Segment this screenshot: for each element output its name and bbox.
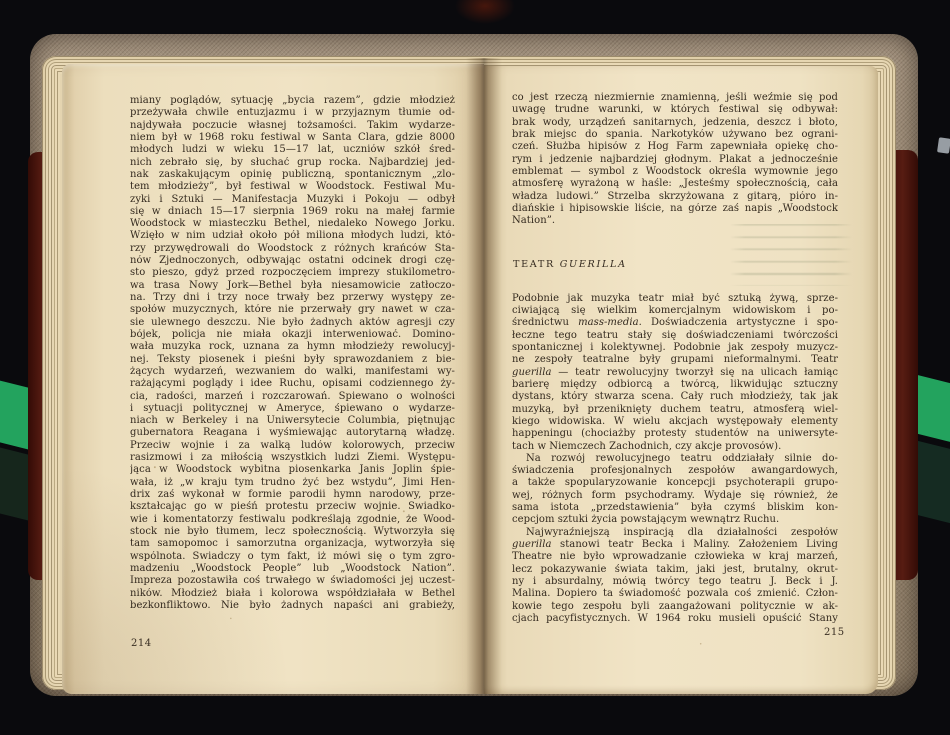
text-line: kiego widowiska. W wielu akcjach występo…: [512, 416, 838, 428]
background-grey-mark: [937, 137, 950, 154]
text-line: społów muzycznych, które nie przerwały g…: [130, 304, 455, 316]
text-line: barierę między odbiorcą a twórcą, likwid…: [512, 379, 838, 391]
text-line: Nation”.: [512, 215, 838, 227]
text-line: co jest rzeczą niezmiernie znamienną, je…: [512, 92, 838, 104]
background-red-glow: [455, 0, 515, 24]
paragraph: Najwyraźniejszą inspiracją dla działalno…: [512, 527, 838, 626]
text-line: najdywała poczucie własnej tożsamości. T…: [130, 120, 455, 132]
text-line: cepcjom sztuki życia powstającym wewnątr…: [512, 514, 838, 526]
text-line: niem był w 1968 roku festiwal w Santa Cl…: [130, 132, 455, 144]
text-line: gubernatora Reagana i wyśmiewając autory…: [130, 427, 455, 439]
text-line: cjach pacyfistycznych. W 1964 roku musie…: [512, 613, 838, 625]
text-line: żących wydarzeń, wezwaniem do walki, man…: [130, 366, 455, 378]
text-line: nej. Teksty piosenek i pieśni były spraw…: [130, 354, 455, 366]
text-line: niach w Berkeley i na Uniwersytecie Colu…: [130, 415, 455, 427]
text-line: cia, radości, marzeń i rozczarowań. Śpie…: [130, 391, 455, 403]
text-line: nich zebrało się, by słuchać grup rocka.…: [130, 157, 455, 169]
text-line: kowie tego zespołu byli zaangażowani pol…: [512, 601, 838, 613]
paragraph: co jest rzeczą niezmiernie znamienną, je…: [512, 92, 838, 227]
text-line: młodych ludzi w wieku 15—17 lat, uczniów…: [130, 144, 455, 156]
text-line: ników. Młodzież biała i kolorowa współdz…: [130, 588, 455, 600]
text-line: Najwyraźniejszą inspiracją dla działalno…: [512, 527, 838, 539]
text-line: średnictwu mass-media. Doświadczenia art…: [512, 317, 838, 329]
text-line: madzeniu „Woodstock People” lub „Woodsto…: [130, 563, 455, 575]
text-line: wa trasa Nowy Jork—Bethel była niesamowi…: [130, 280, 455, 292]
text-line: wała, iż „w kraju tym trudno żyć bez wst…: [130, 477, 455, 489]
text-line: spontanicznej i kolektywnej. Podobnie ja…: [512, 342, 838, 354]
text-line: dystans, który stwarza scena. Cały ruch …: [512, 391, 838, 403]
right-page-text: co jest rzeczą niezmiernie znamienną, je…: [512, 92, 838, 625]
text-line: drix zaś wykonał w formie parodii hymn n…: [130, 489, 455, 501]
text-line: a także spopularyzowanie koncepcji psych…: [512, 477, 838, 489]
text-line: Przeciw wojnie i za walką ludów kolorowy…: [130, 440, 455, 452]
text-line: rażającymi poglądy i idee Ruchu, opisami…: [130, 378, 455, 390]
text-line: Podobnie jak muzyka teatr miał być sztuk…: [512, 293, 838, 305]
text-line: i sytuacji politycznej w Ameryce, śpiewa…: [130, 403, 455, 415]
text-line: Woodstock w miasteczku Bethel, niedaleko…: [130, 218, 455, 230]
paragraph: Na rozwój rewolucyjnego teatru oddziałał…: [512, 453, 838, 527]
text-line: kształcając go w pieśń protestu przeciw …: [130, 501, 455, 513]
section-heading: TEATR GUERILLA: [513, 259, 838, 271]
text-line: Malina. Dopiero ta świadomość pozwala co…: [512, 588, 838, 600]
text-line: rym i jedzenie najbardziej głodnym. Plak…: [512, 154, 838, 166]
text-line: Na rozwój rewolucyjnego teatru oddziałał…: [512, 453, 838, 465]
text-line: jąca w Woodstock wybitna piosenkarka Jan…: [130, 464, 455, 476]
text-line: zyki i Sztuki — Manifestacja Muzyki i Po…: [130, 194, 455, 206]
text-line: wie i komentatorzy festiwalu podkreślają…: [130, 514, 455, 526]
text-line: lecz pokazywanie świata takim, jaki jest…: [512, 564, 838, 576]
text-line: muzyką, był przeniknięty duchem teatru, …: [512, 404, 838, 416]
text-line: władza ludowi.” Strzelba skrzyżowana z g…: [512, 191, 838, 203]
text-line: na. Trzy dni i trzy noce trwały bez prze…: [130, 292, 455, 304]
text-line: brak wody, urządzeń sanitarnych, jedzeni…: [512, 117, 838, 129]
text-line: bezkonfliktowo. Nie było żadnych napaści…: [130, 600, 455, 612]
page-number-left: 214: [131, 638, 152, 649]
text-line: rzy przywędrowali do Woodstock z różnych…: [130, 243, 455, 255]
text-line: ciwiającą się wielkim komercjalnym widow…: [512, 305, 838, 317]
text-line: stock nie było tłumem, lecz społeczności…: [130, 526, 455, 538]
text-line: tem młodzieży”, był festiwal w Woodstock…: [130, 181, 455, 193]
text-line: ne zespoły teatralne były grupami niefor…: [512, 354, 838, 366]
text-line: wej, różnych form psychodramy. Wydaje si…: [512, 490, 838, 502]
text-line: miany poglądów, sytuację „bycia razem”, …: [130, 95, 455, 107]
book-photo-scene: miany poglądów, sytuację „bycia razem”, …: [0, 0, 950, 735]
text-line: przeżywała chwile entuzjazmu i w przyjaz…: [130, 107, 455, 119]
text-line: uwagę trudne warunki, w których festiwal…: [512, 104, 838, 116]
text-line: rasizmowi i za miłością wszystkich ludzi…: [130, 452, 455, 464]
text-line: guerilla — teatr rewolucyjny tworzył się…: [512, 367, 838, 379]
left-page: miany poglądów, sytuację „bycia razem”, …: [62, 64, 484, 694]
text-line: brak miejsc do spania. Narkotyków używan…: [512, 129, 838, 141]
paragraph: Podobnie jak muzyka teatr miał być sztuk…: [512, 293, 838, 453]
page-number-right: 215: [824, 627, 845, 638]
text-line: emblemat — symbol z Woodstock określa wy…: [512, 166, 838, 178]
text-line: sie ulewnego deszczu. Nie było żadnych a…: [130, 317, 455, 329]
text-line: łeczne tego teatru stały się doświadczen…: [512, 330, 838, 342]
text-line: wała muzyka rock, uznana za hymn młodzie…: [130, 341, 455, 353]
text-line: świadczenia profesjonalnych zespołów awa…: [512, 465, 838, 477]
text-line: Impreza pozostawiła coś trwałego w świad…: [130, 575, 455, 587]
text-line: tach w Niemczech Zachodnich, czy akcje p…: [512, 441, 838, 453]
text-line: się w dniach 15—17 sierpnia 1969 roku na…: [130, 206, 455, 218]
text-line: Theatre nie było wprowadzanie człowieka …: [512, 551, 838, 563]
text-line: diańskie i hipisowskie liście, na górze …: [512, 203, 838, 215]
text-line: czeń. Służba hipisów z Hog Farm zapewnia…: [512, 141, 838, 153]
text-line: Wzięło w nim udział około pół miliona mł…: [130, 230, 455, 242]
text-line: guerilla stanowi teatr Becka i Maliny. Z…: [512, 539, 838, 551]
right-page: co jest rzeczą niezmiernie znamienną, je…: [484, 66, 878, 694]
text-line: sama istota „przedstawienia” była czymś …: [512, 502, 838, 514]
text-line: ny i absurdalny, mówią twórcy tego teatr…: [512, 576, 838, 588]
text-line: nów Zjednoczonych, odbywając ostatni odc…: [130, 255, 455, 267]
text-line: wspólnota. Świadczy o tym fakt, iż mówi …: [130, 551, 455, 563]
text-line: happeningu (chociażby protesty studentów…: [512, 428, 838, 440]
text-line: atmosferę wyrażoną w haśle: „Jesteśmy sp…: [512, 178, 838, 190]
left-page-text: miany poglądów, sytuację „bycia razem”, …: [130, 95, 455, 612]
text-line: bójek, policja nie miała okazji interwen…: [130, 329, 455, 341]
text-line: tam samopomoc i samorzutna organizacja, …: [130, 538, 455, 550]
text-line: sto pieszo, gdyż przed rozpoczęciem impr…: [130, 267, 455, 279]
text-line: nak zaskakującym opinię publiczną, spont…: [130, 169, 455, 181]
